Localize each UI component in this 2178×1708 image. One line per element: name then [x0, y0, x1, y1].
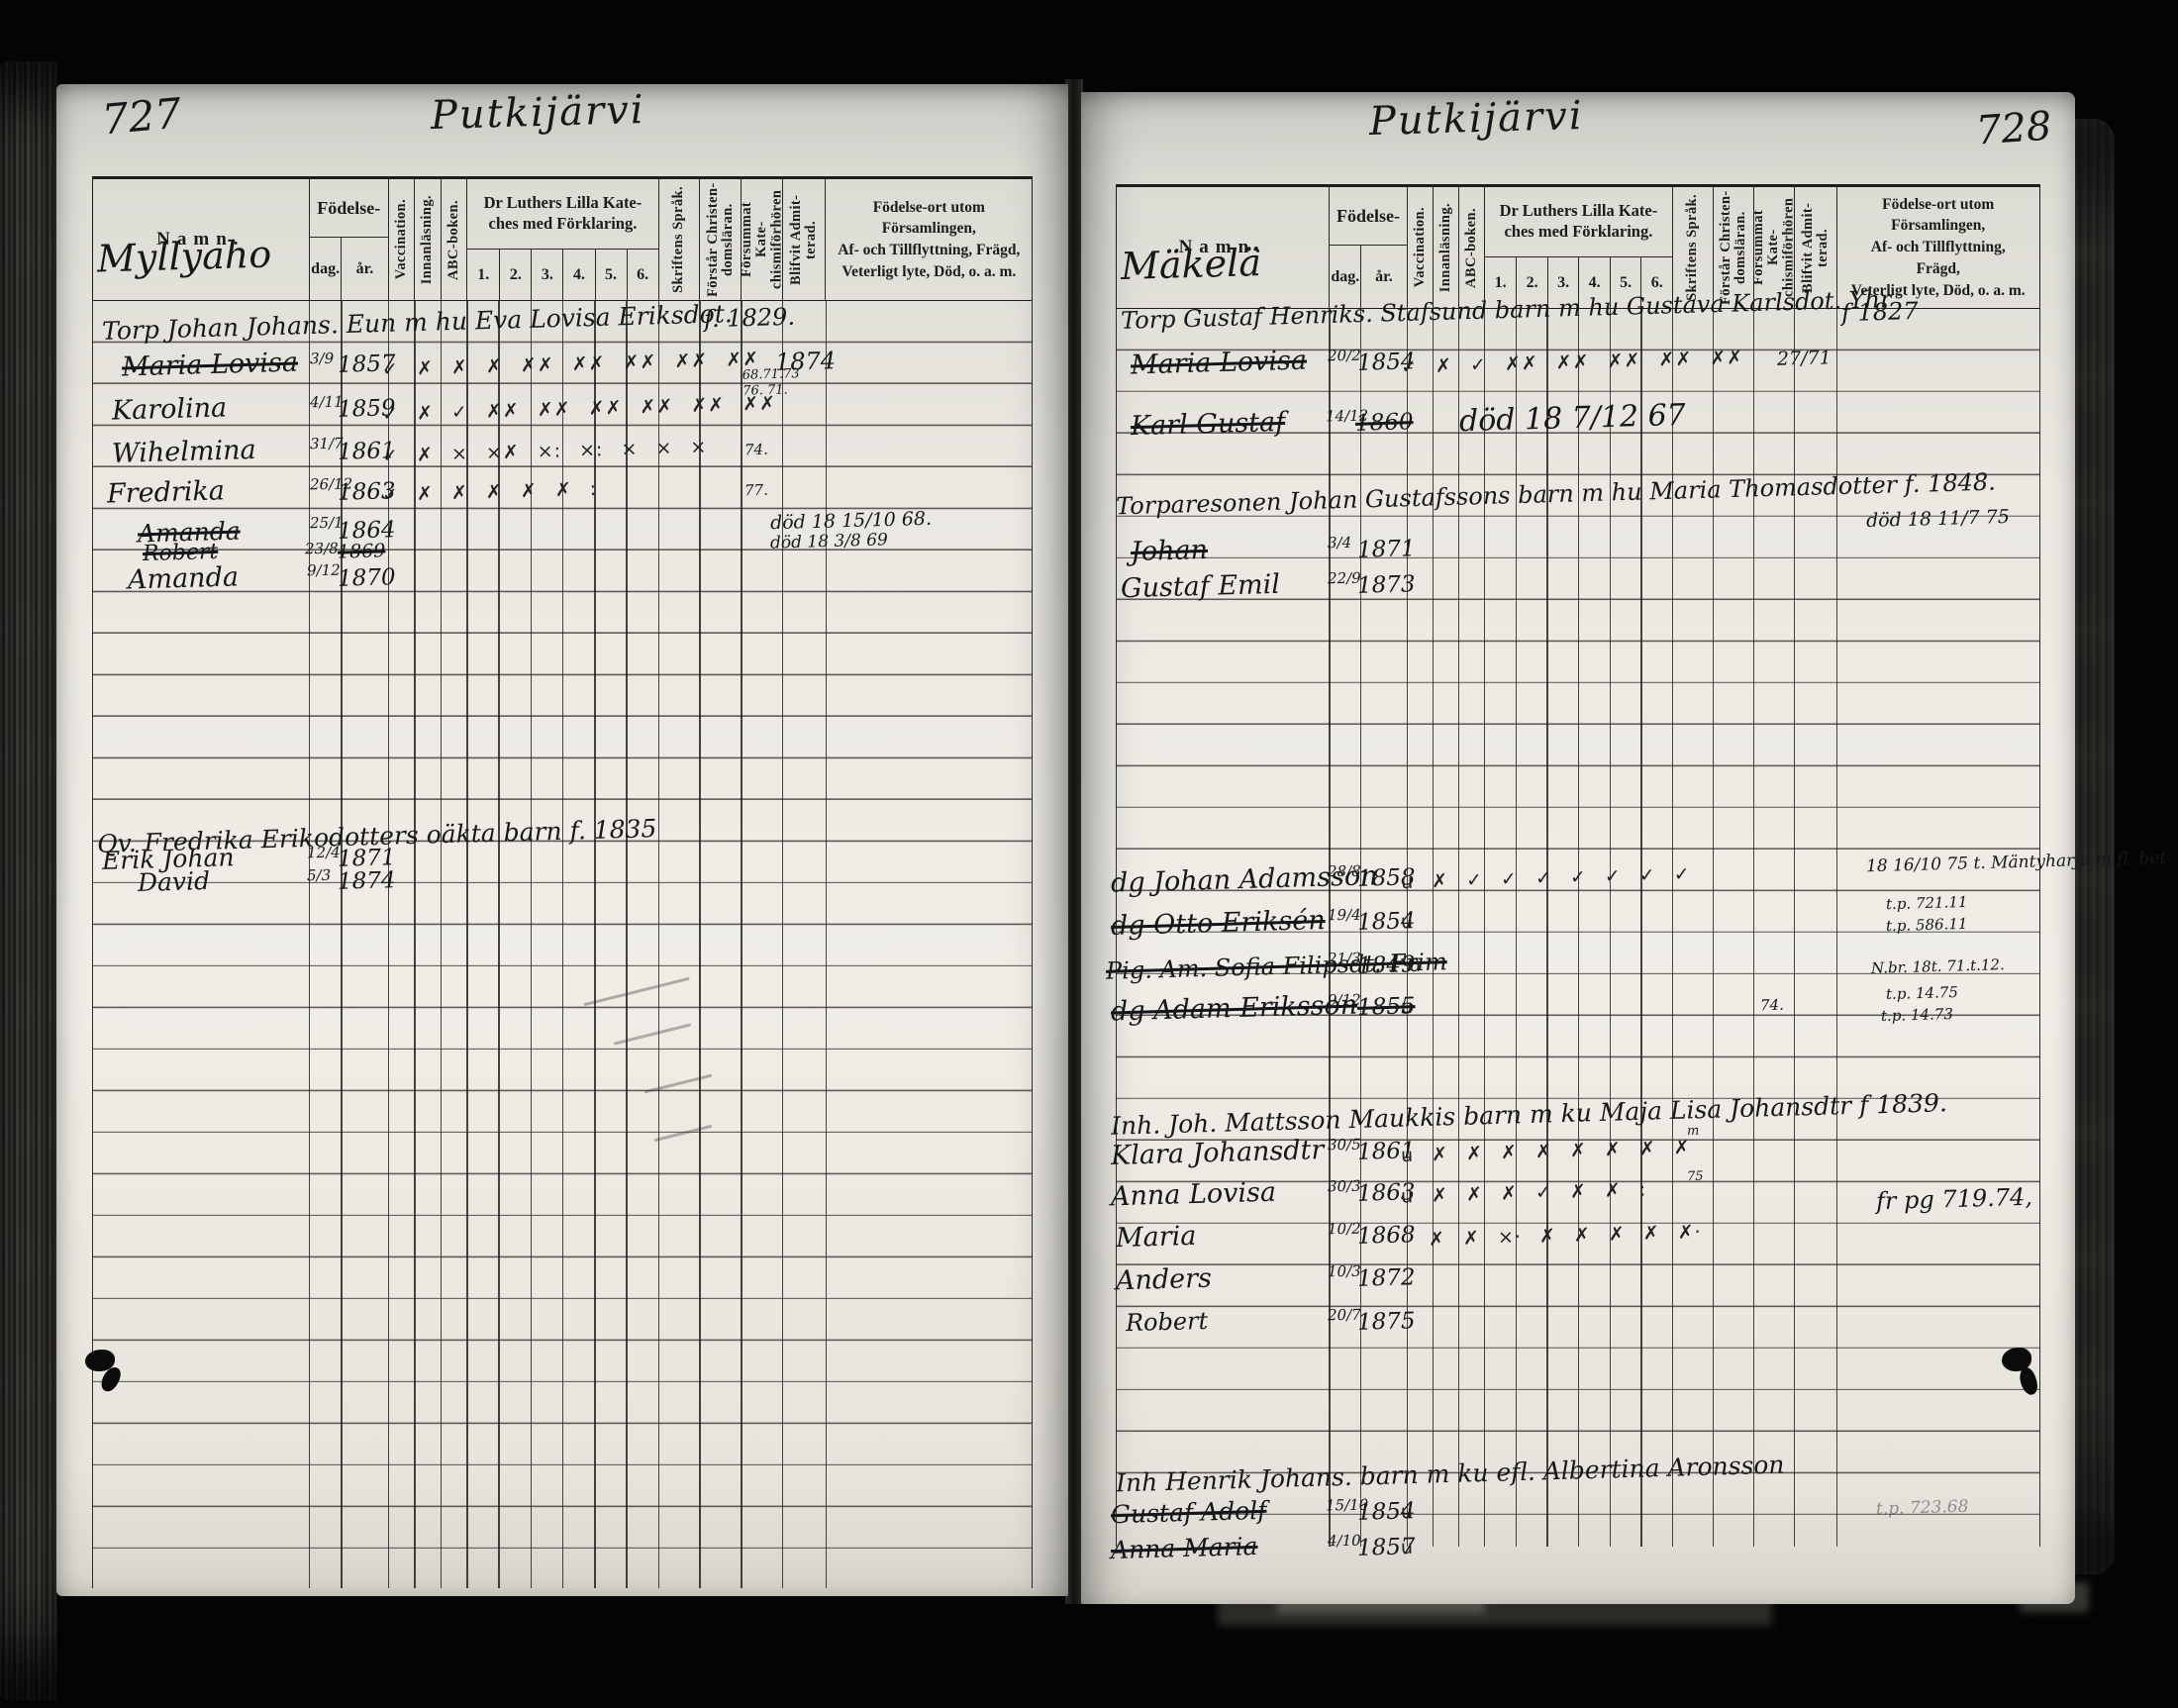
notes-line2: Af- och Tillflyttning, Frägd,	[838, 242, 1020, 258]
record-dag: 20/2	[1328, 347, 1361, 365]
kateches-5: 5.	[595, 250, 627, 300]
record-skrift-mark: m	[1687, 1124, 1700, 1139]
col-vaccination: Vaccination.	[1407, 187, 1433, 308]
record-note: t.p. 721.11	[1886, 893, 1968, 913]
record-note: t.p. 14.73	[1881, 1005, 1953, 1025]
kateches-line2: ches med Förklaring.	[1504, 222, 1652, 243]
record-note: t.p. 586.11	[1886, 915, 1968, 935]
page-number: 728	[1974, 103, 2052, 153]
col-forsummat: Försummat Kate-chismiförhören	[741, 179, 782, 300]
record-skrift-mark: 75	[1687, 1169, 1704, 1184]
col-skriftens-label: Skriftens Språk.	[1685, 194, 1700, 301]
col-forstar: Förstår Christen-domsläran.	[699, 179, 741, 300]
notes-line3: Veterligt lyte, Död, o. a. m.	[841, 263, 1016, 280]
register-table: Namn. Födelse- dag. år. Vaccination. Inn…	[92, 176, 1033, 1588]
record-dag: 19/4	[1328, 906, 1361, 925]
page-right: 728 Putkijärvi Namn. Födelse- dag. år. V…	[1081, 92, 2075, 1604]
record-dag: 9/12	[307, 561, 341, 580]
record-ar: 1860	[1355, 409, 1414, 437]
kateches-subcols: 1.2.3.4.5.6.	[467, 249, 657, 300]
col-kateches: Dr Luthers Lilla Kate-ches med Förklarin…	[466, 179, 657, 300]
col-innanlasning-label: Innanläsning.	[1438, 203, 1453, 292]
record-marks: u	[1401, 996, 1415, 1018]
col-abc-label: ABC-boken.	[446, 200, 461, 280]
col-abc-boken: ABC-boken.	[441, 179, 467, 300]
record-name: Karl Gustaf	[1131, 407, 1286, 442]
col-forstar-label: Förstår Christen-domsläran.	[706, 182, 736, 297]
page-left: 727 Putkijärvi Namn. Födelse- dag. år. V…	[56, 84, 1068, 1596]
kateches-6: 6.	[627, 250, 658, 300]
record-marks: u	[1401, 1537, 1415, 1558]
record-dag: 5/3	[307, 866, 331, 884]
col-vaccination-label: Vaccination.	[1413, 207, 1428, 287]
record-ar: 1874	[338, 867, 396, 895]
kateches-3: 3.	[531, 250, 562, 300]
running-title: Putkijärvi	[1369, 93, 1585, 145]
record-dag: 10/2	[1328, 1220, 1361, 1239]
record-ar: 1870	[338, 564, 396, 592]
village-heading: Myllyaho	[96, 233, 271, 281]
record-ar: 1868	[1357, 1222, 1416, 1250]
col-kateches-label: Dr Luthers Lilla Kate-ches med Förklarin…	[467, 179, 657, 249]
record-ar: 1871	[1357, 536, 1416, 563]
col-forsummat-label: Försummat Kate-chismiförhören	[741, 182, 782, 297]
record-name: Maria	[1116, 1221, 1197, 1254]
record-note: N.br. 18t. 71.t.12.	[1871, 955, 2005, 977]
record-dag: 3/4	[1328, 534, 1351, 552]
record-name: Gustaf Emil	[1121, 569, 1281, 604]
col-kateches: Dr Luthers Lilla Kate-ches med Förklarin…	[1484, 187, 1672, 308]
notes-line1: Födelse-ort utom Församlingen,	[873, 199, 985, 238]
record-forsummat: 68.71.73 76. 71.	[742, 366, 794, 400]
record-name: Johan	[1131, 535, 1209, 567]
notes-line2: Af- och Tillflyttning, Frägd,	[1871, 239, 2006, 277]
record-forsummat: 77.	[744, 481, 768, 500]
record-name: David	[137, 866, 210, 897]
record-name: Fredrika	[107, 475, 226, 509]
record-name: Anders	[1116, 1263, 1213, 1297]
kateches-1: 1.	[467, 250, 499, 300]
col-abc-label: ABC-boken.	[1464, 208, 1479, 288]
col-fodelse: Födelse- dag. år.	[309, 179, 388, 300]
col-fodelse-label: Födelse-	[310, 179, 388, 237]
kateches-4: 4.	[562, 250, 594, 300]
record-note: t.p. 14.75	[1886, 983, 1958, 1003]
record-forsummat: 74.	[1759, 996, 1783, 1015]
record-dag: 12/4	[307, 844, 341, 862]
col-innanlasning: Innanläsning.	[414, 179, 441, 300]
col-fodelse-label: Födelse-	[1330, 187, 1406, 245]
record-dag: 20/7	[1328, 1306, 1361, 1325]
col-blifvit-admitterad: Blifvit Admit-terad.	[782, 179, 826, 300]
record-name: Maria Lovisa	[122, 348, 299, 383]
record-marks: u	[1409, 954, 1423, 976]
col-skriftens-label: Skriftens Språk.	[671, 186, 686, 293]
col-innanlasning: Innanläsning.	[1433, 187, 1458, 308]
record-dag: 30/5	[1328, 1136, 1361, 1155]
record-name: Gustaf Adolf	[1111, 1496, 1267, 1529]
record-dag: 21/3	[1328, 950, 1361, 968]
record-dag: 30/3	[1328, 1177, 1361, 1196]
record-ar: 1869	[338, 540, 386, 562]
record-ar: 1849	[1357, 952, 1416, 979]
col-notes: Födelse-ort utom Församlingen,Af- och Ti…	[825, 179, 1032, 300]
col-abc-boken: ABC-boken.	[1458, 187, 1484, 308]
record-dag: 3/9	[309, 350, 333, 367]
notes-line1: Födelse-ort utom Församlingen,	[1882, 196, 1994, 235]
record-name: Karolina	[112, 392, 228, 426]
running-title: Putkijärvi	[431, 87, 646, 139]
record-name: Anna Lovisa	[1111, 1177, 1277, 1213]
col-ar-label: år.	[341, 238, 387, 300]
record-name: Klara Johansdtr	[1111, 1135, 1325, 1171]
record-name: dg Otto Eriksén	[1111, 905, 1326, 942]
book-spine	[0, 61, 57, 1700]
col-vaccination-label: Vaccination.	[394, 199, 409, 279]
record-ar: 1875	[1357, 1308, 1416, 1336]
col-skriftens-sprak: Skriftens Språk.	[658, 179, 700, 300]
col-dag-label: dag.	[1330, 246, 1360, 308]
record-dag: 28/8	[1328, 862, 1361, 881]
family-death-note: död 18 11/7 75	[1866, 506, 2010, 532]
record-marks: u	[1401, 1501, 1415, 1523]
col-forstar-label: Förstår Christen-domsläran.	[1719, 190, 1748, 305]
record-death-note: död 18 3/8 69	[769, 530, 887, 553]
record-ar: 1872	[1357, 1264, 1416, 1292]
village-heading: Mäkelä	[1121, 241, 1262, 288]
col-blifvit-label: Blifvit Admit-terad.	[789, 182, 819, 297]
scanned-parish-register: 727 Putkijärvi Namn. Födelse- dag. år. V…	[0, 0, 2178, 1708]
col-kateches-label: Dr Luthers Lilla Kate-ches med Förklarin…	[1485, 187, 1672, 256]
record-name: Wihelmina	[112, 435, 256, 469]
page-number: 727	[100, 89, 183, 145]
kateches-line1: Dr Luthers Lilla Kate-	[484, 193, 643, 214]
record-dag: 10/3	[1328, 1262, 1361, 1281]
kateches-2: 2.	[499, 250, 531, 300]
col-innanlasning-label: Innanläsning.	[420, 195, 435, 284]
record-name: Amanda	[127, 561, 239, 595]
record-dag: 23/8	[305, 540, 339, 558]
family-head-birth: f 1827	[1841, 297, 1919, 327]
col-dag-label: dag.	[310, 238, 341, 300]
kateches-line2: ches med Förklaring.	[489, 214, 638, 235]
record-forsummat: 74.	[744, 441, 768, 459]
record-death-note: död 18 15/10 68.	[769, 508, 932, 535]
col-fodelse: Födelse- dag. år.	[1329, 187, 1406, 308]
record-marks: u	[1401, 911, 1415, 933]
record-name: Maria Lovisa	[1131, 346, 1308, 381]
record-name: Anna Maria	[1111, 1532, 1258, 1564]
col-vaccination: Vaccination.	[388, 179, 415, 300]
family-head-birth: f. 1829.	[704, 303, 796, 334]
record-dag: 22/9	[1328, 569, 1361, 588]
record-death-note: död 18 7/12 67	[1458, 398, 1686, 439]
kateches-line1: Dr Luthers Lilla Kate-	[1500, 201, 1658, 222]
record-name: Robert	[1126, 1307, 1209, 1337]
record-note: t.p. 723.68	[1876, 1497, 1969, 1520]
page-edges-right	[2075, 119, 2115, 1574]
record-admitted: 27/71	[1777, 347, 1831, 370]
record-dag: 4/10	[1328, 1532, 1361, 1551]
record-note: fr pg 719.74,	[1876, 1183, 2033, 1215]
record-ar: 1873	[1357, 571, 1416, 599]
record-dag: 9/12	[1328, 991, 1361, 1010]
